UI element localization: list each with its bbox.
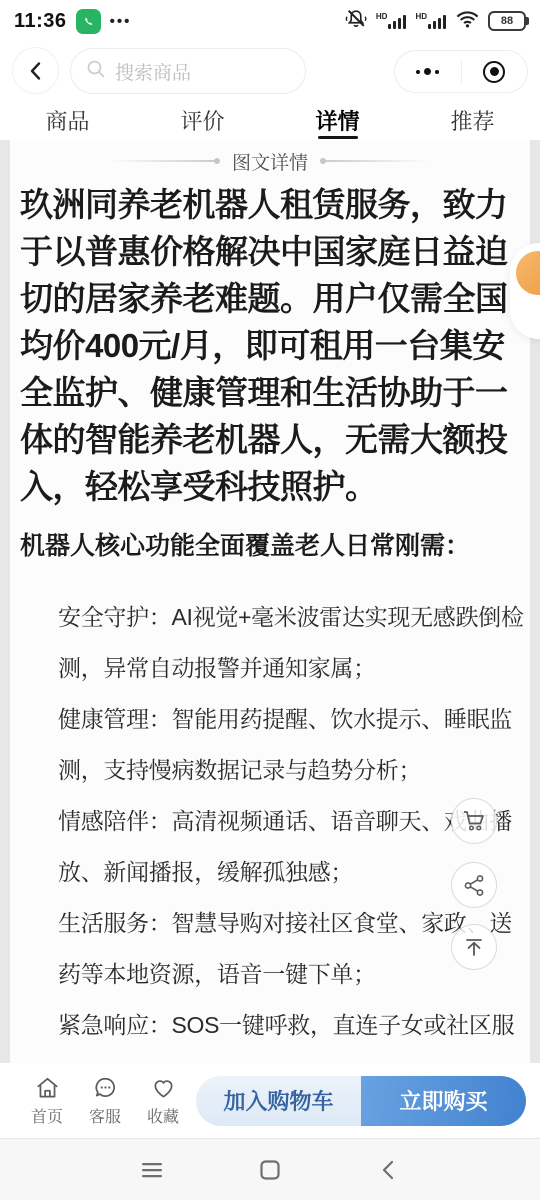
battery-percent: 88 [501, 15, 513, 27]
search-icon [86, 59, 106, 84]
intro-paragraph: 玖洲同养老机器人租赁服务，致力于以普惠价格解决中国家庭日益迫切的居家养老难题。用… [10, 181, 530, 510]
more-dots-icon [416, 68, 439, 75]
home-button[interactable] [240, 1139, 300, 1200]
purchase-actions: 加入购物车 立即购买 [196, 1076, 526, 1126]
float-cart-button[interactable] [451, 798, 497, 844]
home-tab[interactable]: 首页 [18, 1075, 76, 1127]
float-share-button[interactable] [451, 862, 497, 908]
wifi-icon [455, 9, 480, 34]
favorite-label: 收藏 [147, 1104, 179, 1127]
customer-service-tab[interactable]: 客服 [76, 1075, 134, 1127]
promo-float-widget[interactable] [510, 243, 540, 339]
divider-line-right [322, 160, 430, 162]
chat-icon [92, 1075, 119, 1101]
home-icon [34, 1075, 61, 1101]
mute-bell-icon [344, 8, 368, 35]
close-miniprogram-button[interactable] [462, 51, 528, 92]
share-icon [462, 873, 487, 898]
detail-content[interactable]: 图文详情 玖洲同养老机器人租赁服务，致力于以普惠价格解决中国家庭日益迫切的居家养… [0, 140, 540, 1063]
top-nav: 搜索商品 [0, 42, 540, 100]
clock: 11:36 [14, 10, 67, 33]
square-icon [259, 1159, 281, 1181]
cart-icon [461, 808, 487, 834]
feature-health: 健康管理：智能用药提醒、饮水提示、睡眠监测，支持慢病数据记录与趋势分析； [58, 694, 530, 796]
status-bar: 11:36 ••• HD HD [0, 0, 540, 42]
feature-emergency: 紧急响应：SOS一键呼救，直连子女或社区服务中心。 [58, 1000, 530, 1063]
customer-service-label: 客服 [89, 1104, 121, 1127]
tab-reviews[interactable]: 评价 [135, 100, 270, 140]
signal-sim2-icon: HD [415, 11, 447, 31]
back-to-top-button[interactable] [451, 924, 497, 970]
miniprogram-capsule [394, 50, 528, 93]
buy-now-button[interactable]: 立即购买 [361, 1076, 526, 1126]
add-to-cart-button[interactable]: 加入购物车 [196, 1076, 361, 1126]
home-label: 首页 [31, 1104, 63, 1127]
phone-screen: 11:36 ••• HD HD [0, 0, 540, 1200]
tab-recommend[interactable]: 推荐 [405, 100, 540, 140]
android-back-button[interactable] [358, 1139, 418, 1200]
heart-icon [150, 1075, 177, 1101]
section-title: 图文详情 [232, 148, 308, 175]
notification-dots-icon: ••• [110, 14, 132, 29]
divider-line-left [110, 160, 218, 162]
bottom-action-bar: 首页 客服 收藏 加入购物车 立即购买 [0, 1063, 540, 1138]
tab-product[interactable]: 商品 [0, 100, 135, 140]
active-call-icon [76, 9, 101, 34]
tab-detail[interactable]: 详情 [270, 100, 405, 140]
status-bar-right: HD HD 88 [344, 8, 526, 35]
detail-card: 图文详情 玖洲同养老机器人租赁服务，致力于以普惠价格解决中国家庭日益迫切的居家养… [10, 140, 530, 1063]
product-tabs: 商品 评价 详情 推荐 [0, 100, 540, 140]
search-input[interactable]: 搜索商品 [70, 48, 306, 94]
android-nav-bar [0, 1138, 540, 1200]
features-subheading: 机器人核心功能全面覆盖老人日常刚需： [10, 526, 530, 562]
status-bar-left: 11:36 ••• [14, 9, 131, 34]
favorite-tab[interactable]: 收藏 [134, 1075, 192, 1127]
battery-icon: 88 [488, 11, 526, 31]
more-menu-button[interactable] [395, 51, 461, 92]
feature-safety: 安全守护：AI视觉+毫米波雷达实现无感跌倒检测，异常自动报警并通知家属； [58, 592, 530, 694]
recents-button[interactable] [122, 1139, 182, 1200]
promo-coin-icon [516, 251, 540, 295]
section-header: 图文详情 [10, 140, 530, 175]
back-to-top-icon [462, 935, 486, 959]
chevron-left-icon [378, 1159, 398, 1181]
back-button[interactable] [12, 47, 59, 94]
menu-icon [140, 1160, 164, 1180]
search-placeholder: 搜索商品 [115, 58, 191, 85]
target-circle-icon [483, 61, 505, 83]
signal-sim1-icon: HD [376, 11, 408, 31]
